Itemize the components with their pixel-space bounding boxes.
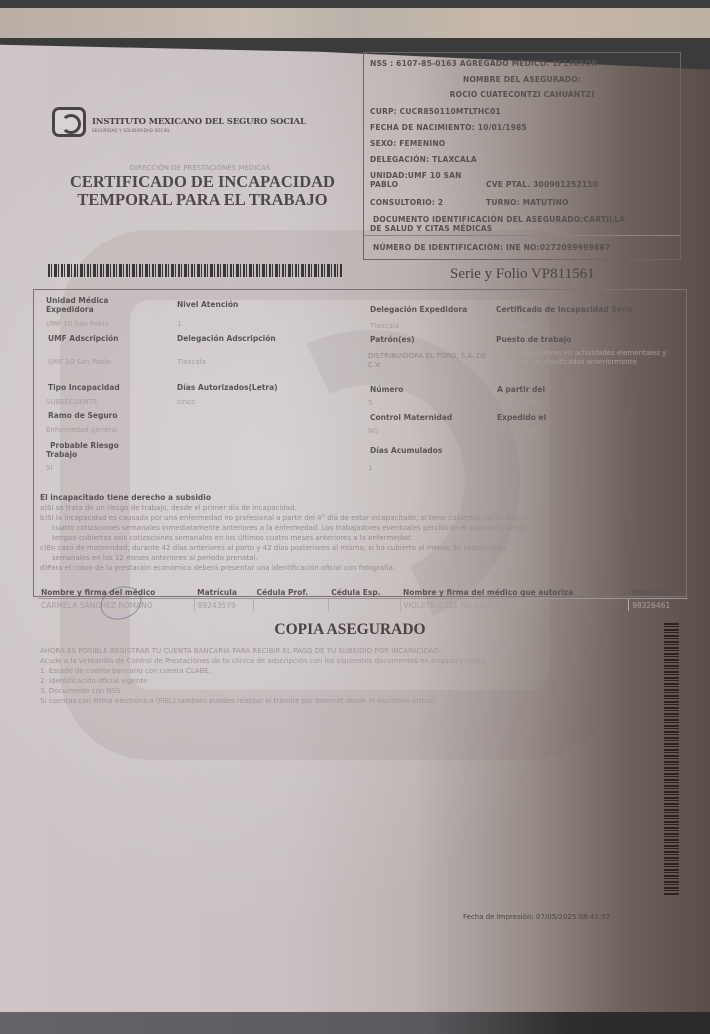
- bank-account-instructions: AHORA ES POSIBLE REGISTRAR TU CUENTA BAN…: [40, 646, 640, 706]
- ramo-value: Enfermedad general: [46, 426, 118, 435]
- bottom-bar: [0, 1012, 710, 1034]
- dias-letra-value: cinco: [177, 398, 195, 407]
- apartir-value: 06/05/2025: [497, 399, 537, 408]
- id-number: NÚMERO DE IDENTIFICACIÓN: INE NO:0272099…: [373, 243, 610, 252]
- unit: UNIDAD:UMF 10 SAN PABLO: [370, 171, 462, 189]
- riesgo-label: Probable Riesgo Trabajo: [46, 441, 136, 459]
- birth-date: FECHA DE NACIMIENTO: 10/01/1985: [370, 123, 527, 132]
- header-matricula: Matrícula: [194, 587, 253, 599]
- consultorio: CONSULTORIO: 2: [370, 198, 443, 207]
- header-cedula-esp: Cédula Esp.: [328, 587, 400, 599]
- tipo-label: Tipo Incapacidad: [48, 383, 120, 392]
- sex: SEXO: FEMENINO: [370, 139, 445, 148]
- institution-name: INSTITUTO MEXICANO DEL SEGURO SOCIAL: [92, 117, 306, 127]
- puesto-label: Puesto de trabajo: [496, 335, 571, 344]
- deleg-ads-value: Tlaxcala: [177, 358, 206, 367]
- numero-label: Número: [370, 385, 403, 394]
- expedido-label: Expedido el: [497, 413, 546, 422]
- tipo-value: SUBSECUENTE: [46, 398, 97, 407]
- direction-label: DIRECCIÓN DE PRESTACIONES MÉDICAS: [100, 164, 300, 172]
- umf-ads-label: UMF Adscripción: [48, 334, 119, 343]
- delegacion-exp-value: Tlaxcala: [370, 322, 399, 331]
- ramo-label: Ramo de Seguro: [48, 411, 118, 420]
- insured-name-label: NOMBRE DEL ASEGURADO:: [364, 75, 680, 84]
- serie-folio: Serie y Folio VP811561: [450, 266, 595, 283]
- unidad-medica-label: Unidad Médica Expedidora: [46, 296, 136, 314]
- patron-value: DISTRIBUIDORA EL TORO, S.A. DE C.V.: [368, 352, 494, 370]
- deleg-ads-label: Delegación Adscripción: [177, 334, 276, 343]
- unidad-medica-value: UMF 10 San Pablo: [46, 320, 109, 329]
- numero-value: 5: [368, 399, 372, 408]
- maternidad-label: Control Maternidad: [370, 413, 452, 422]
- background-photo: [0, 8, 710, 38]
- header-cedula-prof: Cédula Prof.: [254, 587, 329, 599]
- acumulados-value: 1: [368, 464, 372, 473]
- umf-ads-value: UMF 10 San Pablo: [48, 358, 111, 367]
- insured-info-box: NSS : 6107-85-0163 AGREGADO MÉDICO: 1F19…: [363, 52, 681, 260]
- subsidio-conditions: El incapacitado tiene derecho a subsidio…: [40, 493, 690, 573]
- medico-cedula-prof: [254, 599, 329, 612]
- cve-ptal: CVE PTAL. 300901252110: [486, 180, 598, 189]
- expedido-value: 07/05/2025: [497, 427, 537, 436]
- medico-cedula-esp: [328, 599, 400, 612]
- document-title: CERTIFICADO DE INCAPACIDAD TEMPORAL PARA…: [60, 173, 345, 209]
- print-date: Fecha de Impresión: 07/05/2025 08:41:57: [463, 913, 610, 921]
- acumulados-label: Días Acumulados: [370, 446, 442, 455]
- header-matricula-autoriza: Matrícula: [629, 587, 688, 599]
- delegacion-exp-label: Delegación Expedidora: [370, 305, 467, 314]
- barcode-horizontal: [48, 264, 342, 277]
- header-medico-autoriza: Nombre y firma del médico que autoriza: [400, 587, 629, 599]
- turno: TURNO: MATUTINO: [486, 198, 569, 207]
- curp: CURP: CUCR850110MTLTHC01: [370, 107, 501, 116]
- insured-name: ROCIO CUATECONTZI CAHUANTZI: [364, 90, 680, 99]
- patron-label: Patrón(es): [370, 335, 415, 344]
- cert-serie-value: VP811561: [496, 322, 532, 331]
- barcode-vertical: [664, 623, 679, 895]
- nivel-value: 1: [177, 320, 181, 329]
- institution-tagline: SEGURIDAD Y SOLIDARIDAD SOCIAL: [92, 128, 170, 133]
- cert-serie-label: Certificado de Incapacidad Serie: [496, 305, 633, 314]
- imss-logo-icon: [52, 107, 86, 137]
- riesgo-value: SI: [46, 464, 53, 473]
- puesto-value: Otros trabajadores en actividades elemen…: [496, 349, 676, 367]
- id-document: DOCUMENTO IDENTIFICACIÓN DEL ASEGURADO:C…: [370, 215, 625, 233]
- dias-letra-label: Días Autorizados(Letra): [177, 383, 278, 392]
- medico-autoriza-matricula: 98326461: [629, 599, 688, 612]
- nss-line: NSS : 6107-85-0163 AGREGADO MÉDICO: 1F19…: [370, 59, 597, 68]
- nivel-label: Nivel Atención: [177, 300, 238, 309]
- top-bar: [0, 0, 710, 8]
- copy-label: COPIA ASEGURADO: [180, 621, 520, 639]
- maternidad-value: NO: [368, 427, 379, 436]
- medico-matricula: 99243579: [194, 599, 253, 612]
- delegation: DELEGACIÓN: TLAXCALA: [370, 155, 477, 164]
- medico-autoriza-name: VIOLETA ITZEL PALALIA SEGURA: [400, 599, 629, 612]
- apartir-label: A partir del: [497, 385, 545, 394]
